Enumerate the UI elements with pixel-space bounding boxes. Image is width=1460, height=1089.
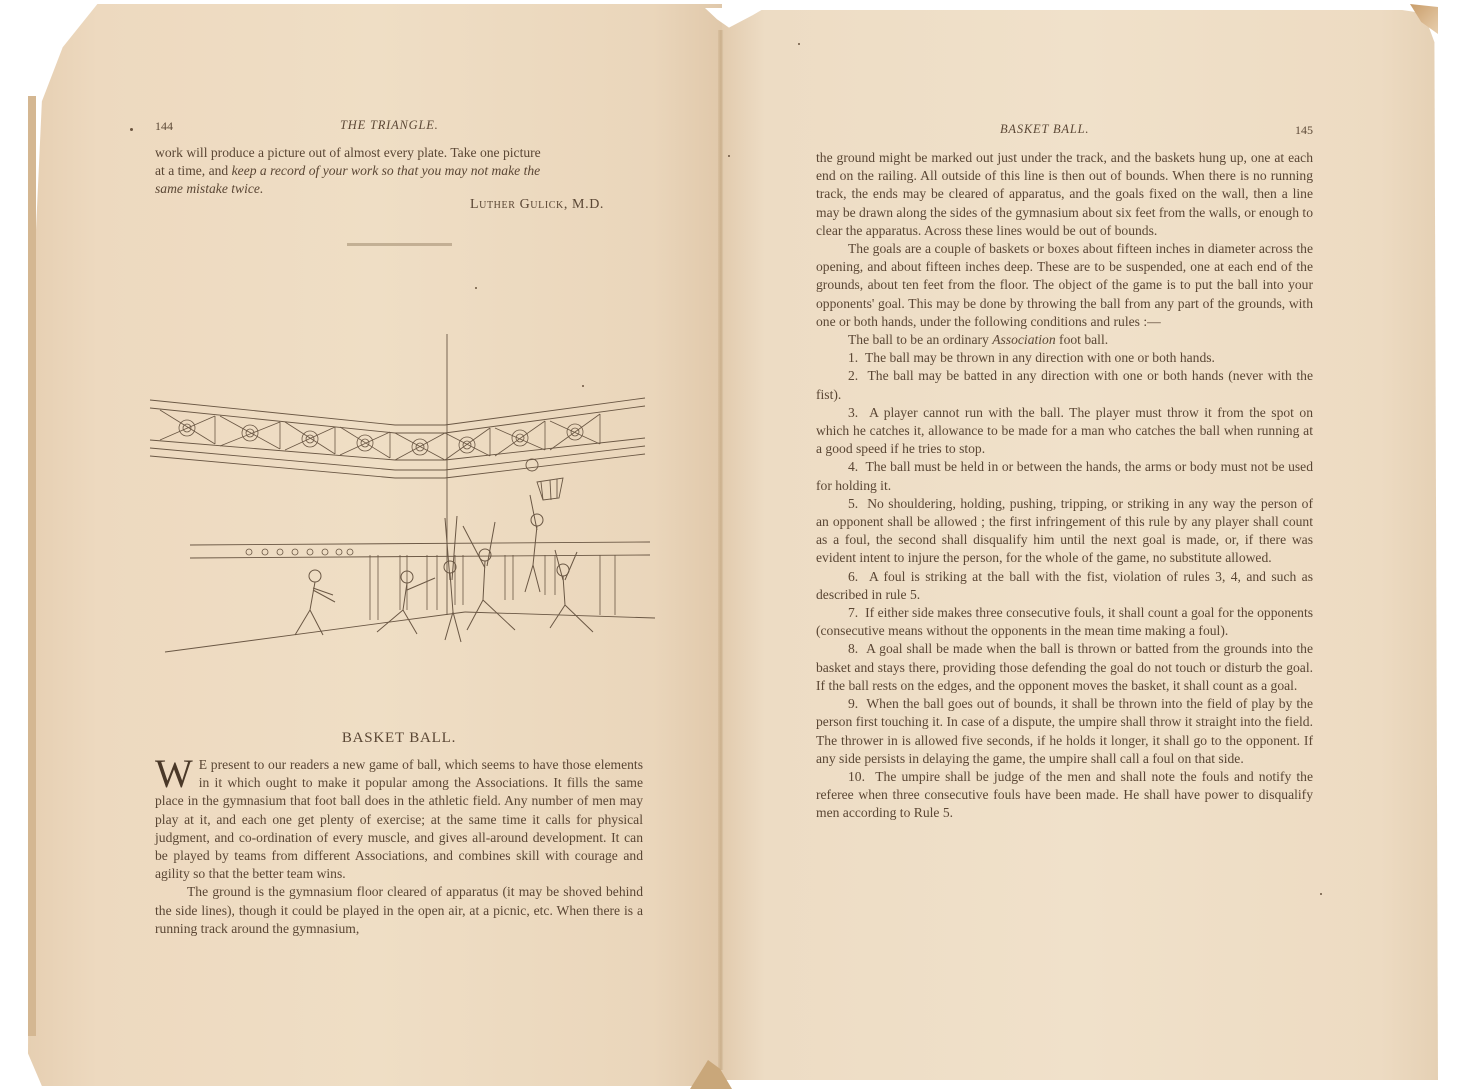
running-head-right: BASKET BALL.: [1000, 122, 1089, 137]
rule-3: 3. A player cannot run with the ball. Th…: [816, 404, 1313, 459]
author-signature: Luther Gulick, M.D.: [470, 197, 604, 213]
right-paragraph-1: the ground might be marked out just unde…: [816, 149, 1313, 240]
rule-6: 6. A foul is striking at the ball with t…: [816, 568, 1313, 604]
paper-speck: [475, 287, 477, 289]
rule-5: 5. No shouldering, holding, pushing, tri…: [816, 495, 1313, 568]
article-body: WE present to our readers a new game of …: [155, 756, 643, 938]
paper-speck: [728, 155, 730, 157]
rule-9: 9. When the ball goes out of bounds, it …: [816, 695, 1313, 768]
article-paragraph-1: WE present to our readers a new game of …: [155, 756, 643, 883]
continued-line-2: at a time, and keep a record of your wor…: [155, 162, 643, 180]
paper-speck: [130, 128, 133, 131]
ball-spec-line: The ball to be an ordinary Association f…: [816, 331, 1313, 349]
book-gutter: [718, 30, 724, 1070]
rule-7: 7. If either side makes three consecutiv…: [816, 604, 1313, 640]
section-divider-rule: [347, 243, 452, 246]
continued-line-3: same mistake twice.: [155, 180, 643, 198]
rule-8: 8. A goal shall be made when the ball is…: [816, 640, 1313, 695]
left-page-edge: [28, 96, 36, 1036]
rule-2: 2. The ball may be batted in any directi…: [816, 367, 1313, 403]
rule-10: 10. The umpire shall be judge of the men…: [816, 768, 1313, 823]
paper-speck: [798, 43, 800, 45]
page-number-right: 145: [1295, 123, 1313, 138]
rule-4: 4. The ball must be held in or between t…: [816, 458, 1313, 494]
paper-speck: [1320, 893, 1322, 895]
rule-1: 1. The ball may be thrown in any directi…: [816, 349, 1313, 367]
continued-text: work will produce a picture out of almos…: [155, 144, 643, 199]
right-paragraph-2: The goals are a couple of baskets or box…: [816, 240, 1313, 331]
article-paragraph-2: The ground is the gymnasium floor cleare…: [155, 883, 643, 938]
rules-text: the ground might be marked out just unde…: [816, 149, 1313, 823]
continued-line-1: work will produce a picture out of almos…: [155, 144, 643, 162]
page-number-left: 144: [155, 119, 173, 134]
drop-cap: W: [155, 758, 193, 790]
running-head-left: THE TRIANGLE.: [340, 118, 439, 133]
article-title: BASKET BALL.: [155, 730, 643, 747]
basketball-illustration: [145, 330, 655, 670]
